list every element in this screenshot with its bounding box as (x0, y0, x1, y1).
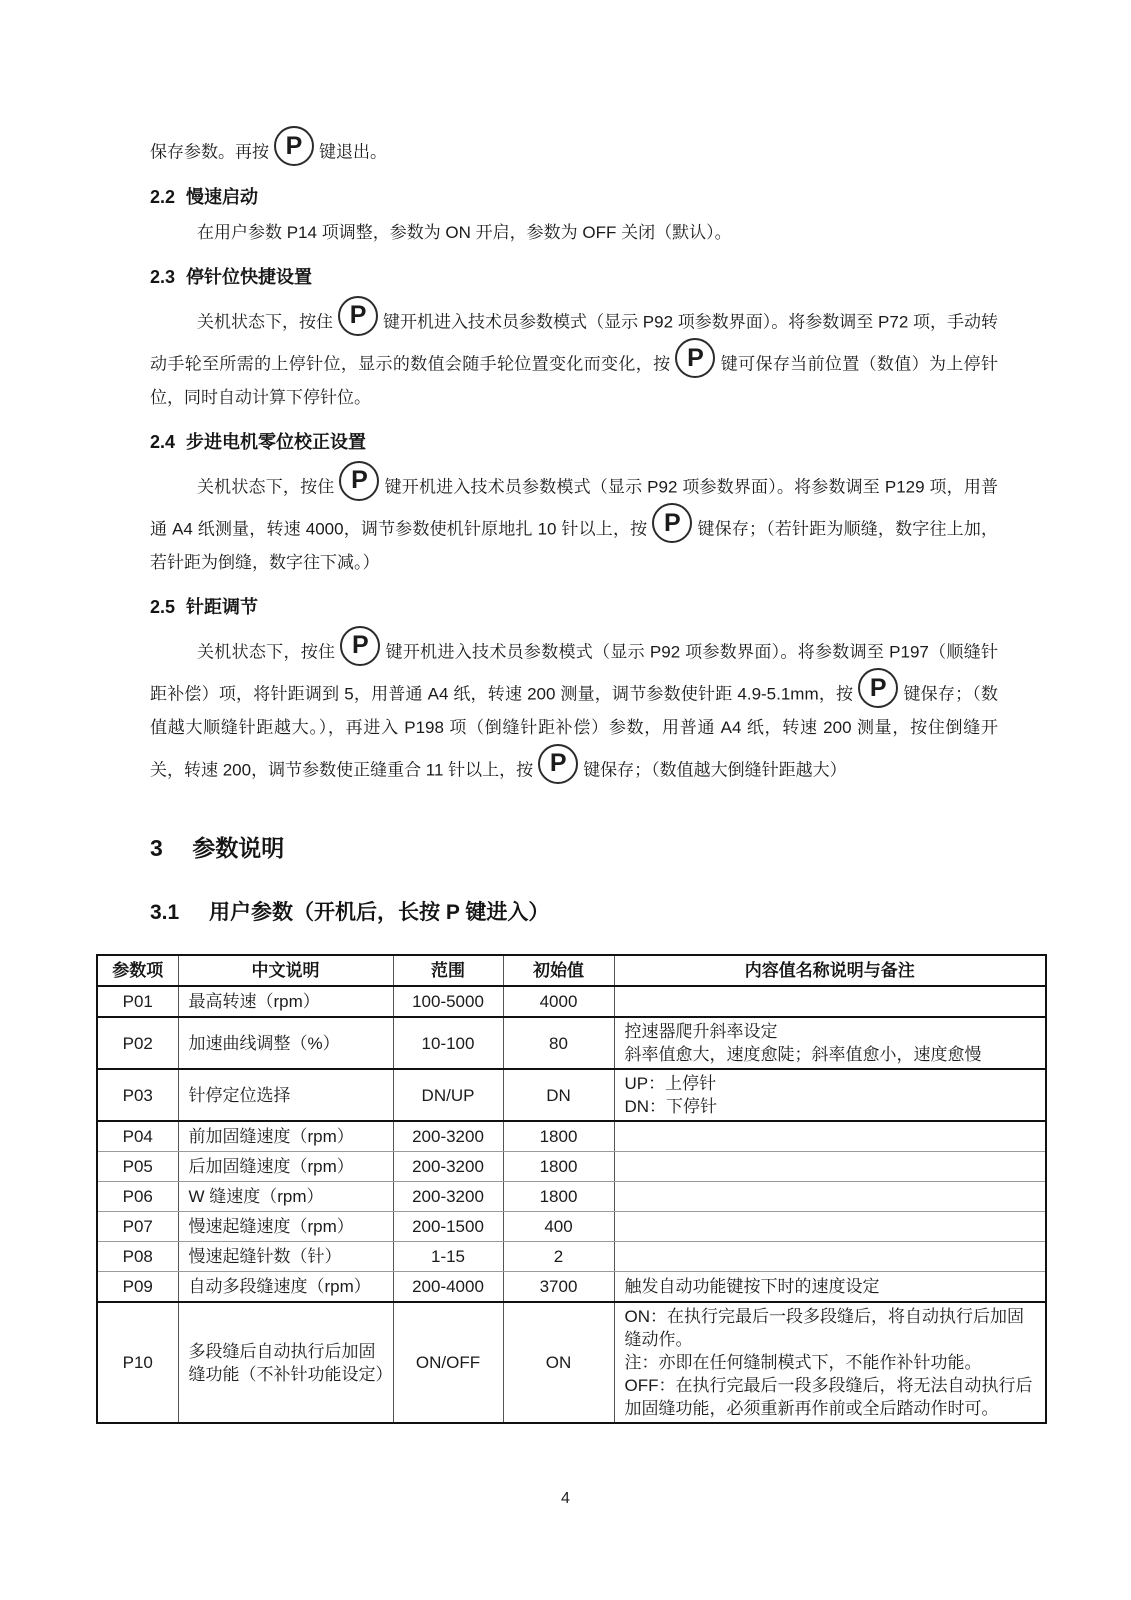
p-key-icon: P (675, 338, 715, 378)
param-desc: 最高转速（rpm） (178, 986, 393, 1017)
param-row-P03: P03针停定位选择DN/UPDNUP：上停针DN：下停针 (97, 1069, 1046, 1121)
param-remark (614, 1152, 1046, 1182)
param-initial: 1800 (503, 1152, 614, 1182)
chapter-number: 3 (150, 835, 163, 861)
param-row-P10: P10多段缝后自动执行后加固缝功能（不补针功能设定）ON/OFFONON：在执行… (97, 1302, 1046, 1423)
param-range: 200-3200 (393, 1182, 503, 1212)
param-range: ON/OFF (393, 1302, 503, 1423)
section-title: 慢速启动 (186, 187, 258, 207)
param-remark: 控速器爬升斜率设定斜率值愈大，速度愈陡；斜率值愈小，速度愈慢 (614, 1017, 1046, 1069)
chapter-title: 参数说明 (192, 835, 284, 861)
text-run: 键保存；（数值越大倒缝针距越大） (583, 760, 847, 779)
param-id: P07 (97, 1212, 178, 1242)
section-paragraph: 关机状态下，按住P键开机进入技术员参数模式（显示 P92 项参数界面）。将参数调… (150, 626, 998, 787)
param-desc: 自动多段缝速度（rpm） (178, 1272, 393, 1303)
section-number: 2.5 (150, 597, 175, 617)
param-id: P09 (97, 1272, 178, 1303)
section-heading: 2.5针距调节 (150, 594, 1131, 620)
param-initial: 400 (503, 1212, 614, 1242)
section-title: 停针位快捷设置 (186, 267, 312, 287)
param-desc: 针停定位选择 (178, 1069, 393, 1121)
param-remark: UP：上停针DN：下停针 (614, 1069, 1046, 1121)
param-initial: 4000 (503, 986, 614, 1017)
section-paragraph: 关机状态下，按住P键开机进入技术员参数模式（显示 P92 项参数界面）。将参数调… (150, 461, 998, 579)
remark-line: ON：在执行完最后一段多段缝后，将自动执行后加固缝动作。 (625, 1305, 1038, 1351)
subchapter-heading: 3.1 用户参数（开机后，长按 P 键进入） (150, 900, 1131, 926)
param-initial: 1800 (503, 1182, 614, 1212)
param-row-P01: P01最高转速（rpm）100-50004000 (97, 986, 1046, 1017)
p-key-icon: P (538, 744, 578, 784)
param-range: 200-3200 (393, 1121, 503, 1152)
text-run: 关机状态下，按住 (197, 642, 335, 661)
text-run: 关机状态下，按住 (197, 477, 334, 496)
param-desc: 加速曲线调整（%） (178, 1017, 393, 1069)
param-remark (614, 1121, 1046, 1152)
intro-paragraph: 保存参数。再按P键退出。 (150, 126, 998, 169)
param-range: 200-4000 (393, 1272, 503, 1303)
param-range: 100-5000 (393, 986, 503, 1017)
param-range: 200-1500 (393, 1212, 503, 1242)
param-initial: 2 (503, 1242, 614, 1272)
param-initial: 80 (503, 1017, 614, 1069)
param-remark (614, 986, 1046, 1017)
column-header: 中文说明 (178, 955, 393, 986)
param-range: 10-100 (393, 1017, 503, 1069)
param-remark (614, 1242, 1046, 1272)
param-range: 200-3200 (393, 1152, 503, 1182)
param-initial: ON (503, 1302, 614, 1423)
page-number: 4 (561, 1490, 570, 1507)
remark-line: DN：下停针 (625, 1095, 1038, 1118)
param-initial: 3700 (503, 1272, 614, 1303)
table-header-row: 参数项中文说明范围初始值内容值名称说明与备注 (97, 955, 1046, 986)
subchapter-title: 用户参数（开机后，长按 P 键进入） (209, 901, 549, 924)
parameter-table-wrapper: 参数项中文说明范围初始值内容值名称说明与备注P01最高转速（rpm）100-50… (96, 954, 1047, 1424)
param-row-P06: P06W 缝速度（rpm）200-32001800 (97, 1182, 1046, 1212)
text-run: 关机状态下，按住 (197, 312, 333, 331)
section-paragraph: 关机状态下，按住P键开机进入技术员参数模式（显示 P92 项参数界面）。将参数调… (150, 296, 998, 414)
remark-line: UP：上停针 (625, 1072, 1038, 1095)
param-desc: 前加固缝速度（rpm） (178, 1121, 393, 1152)
column-header: 初始值 (503, 955, 614, 986)
p-key-icon: P (274, 126, 314, 166)
p-key-icon: P (652, 503, 692, 543)
remark-line: 注：亦即在任何缝制模式下，不能作补针功能。 (625, 1351, 1038, 1374)
param-initial: 1800 (503, 1121, 614, 1152)
column-header: 内容值名称说明与备注 (614, 955, 1046, 986)
param-range: 1-15 (393, 1242, 503, 1272)
section-number: 2.2 (150, 187, 175, 207)
param-id: P05 (97, 1152, 178, 1182)
param-desc: W 缝速度（rpm） (178, 1182, 393, 1212)
param-remark (614, 1182, 1046, 1212)
page-footer: 4 (0, 1490, 1131, 1508)
param-desc: 多段缝后自动执行后加固缝功能（不补针功能设定） (178, 1302, 393, 1423)
param-row-P07: P07慢速起缝速度（rpm）200-1500400 (97, 1212, 1046, 1242)
chapter-heading: 3 参数说明 (150, 834, 1131, 862)
param-remark: ON：在执行完最后一段多段缝后，将自动执行后加固缝动作。注：亦即在任何缝制模式下… (614, 1302, 1046, 1423)
text-run: 在用户参数 P14 项调整，参数为 ON 开启，参数为 OFF 关闭（默认）。 (197, 223, 732, 242)
p-key-icon: P (858, 668, 898, 708)
section-number: 2.3 (150, 267, 175, 287)
text-run: 键退出。 (319, 143, 387, 162)
section-title: 步进电机零位校正设置 (186, 432, 366, 452)
section-heading: 2.2慢速启动 (150, 184, 1131, 210)
sections-container: 2.2慢速启动在用户参数 P14 项调整，参数为 ON 开启，参数为 OFF 关… (0, 184, 1131, 787)
column-header: 参数项 (97, 955, 178, 986)
param-row-P02: P02加速曲线调整（%）10-10080控速器爬升斜率设定斜率值愈大，速度愈陡；… (97, 1017, 1046, 1069)
remark-line: OFF：在执行完最后一段多段缝后，将无法自动执行后加固缝功能，必须重新再作前或全… (625, 1374, 1038, 1420)
param-id: P03 (97, 1069, 178, 1121)
section-paragraph: 在用户参数 P14 项调整，参数为 ON 开启，参数为 OFF 关闭（默认）。 (150, 216, 998, 249)
section-heading: 2.3停针位快捷设置 (150, 264, 1131, 290)
p-key-icon: P (339, 461, 379, 501)
param-id: P04 (97, 1121, 178, 1152)
section-title: 针距调节 (186, 597, 258, 617)
column-header: 范围 (393, 955, 503, 986)
remark-line: 触发自动功能键按下时的速度设定 (625, 1275, 1038, 1298)
param-row-P09: P09自动多段缝速度（rpm）200-40003700触发自动功能键按下时的速度… (97, 1272, 1046, 1303)
param-row-P05: P05后加固缝速度（rpm）200-32001800 (97, 1152, 1046, 1182)
parameter-table: 参数项中文说明范围初始值内容值名称说明与备注P01最高转速（rpm）100-50… (96, 954, 1047, 1424)
param-range: DN/UP (393, 1069, 503, 1121)
param-id: P06 (97, 1182, 178, 1212)
param-remark: 触发自动功能键按下时的速度设定 (614, 1272, 1046, 1303)
text-run: 保存参数。再按 (150, 143, 269, 162)
param-id: P01 (97, 986, 178, 1017)
param-row-P04: P04前加固缝速度（rpm）200-32001800 (97, 1121, 1046, 1152)
p-key-icon: P (338, 296, 378, 336)
param-row-P08: P08慢速起缝针数（针）1-152 (97, 1242, 1046, 1272)
param-initial: DN (503, 1069, 614, 1121)
subchapter-number: 3.1 (150, 901, 179, 924)
param-id: P02 (97, 1017, 178, 1069)
param-id: P08 (97, 1242, 178, 1272)
param-remark (614, 1212, 1046, 1242)
remark-line: 斜率值愈大，速度愈陡；斜率值愈小，速度愈慢 (625, 1043, 1038, 1066)
document-page: 保存参数。再按P键退出。 2.2慢速启动在用户参数 P14 项调整，参数为 ON… (0, 0, 1131, 1600)
param-desc: 慢速起缝速度（rpm） (178, 1212, 393, 1242)
p-key-icon: P (340, 626, 380, 666)
section-heading: 2.4步进电机零位校正设置 (150, 429, 1131, 455)
param-desc: 后加固缝速度（rpm） (178, 1152, 393, 1182)
param-desc: 慢速起缝针数（针） (178, 1242, 393, 1272)
remark-line: 控速器爬升斜率设定 (625, 1020, 1038, 1043)
section-number: 2.4 (150, 432, 175, 452)
param-id: P10 (97, 1302, 178, 1423)
